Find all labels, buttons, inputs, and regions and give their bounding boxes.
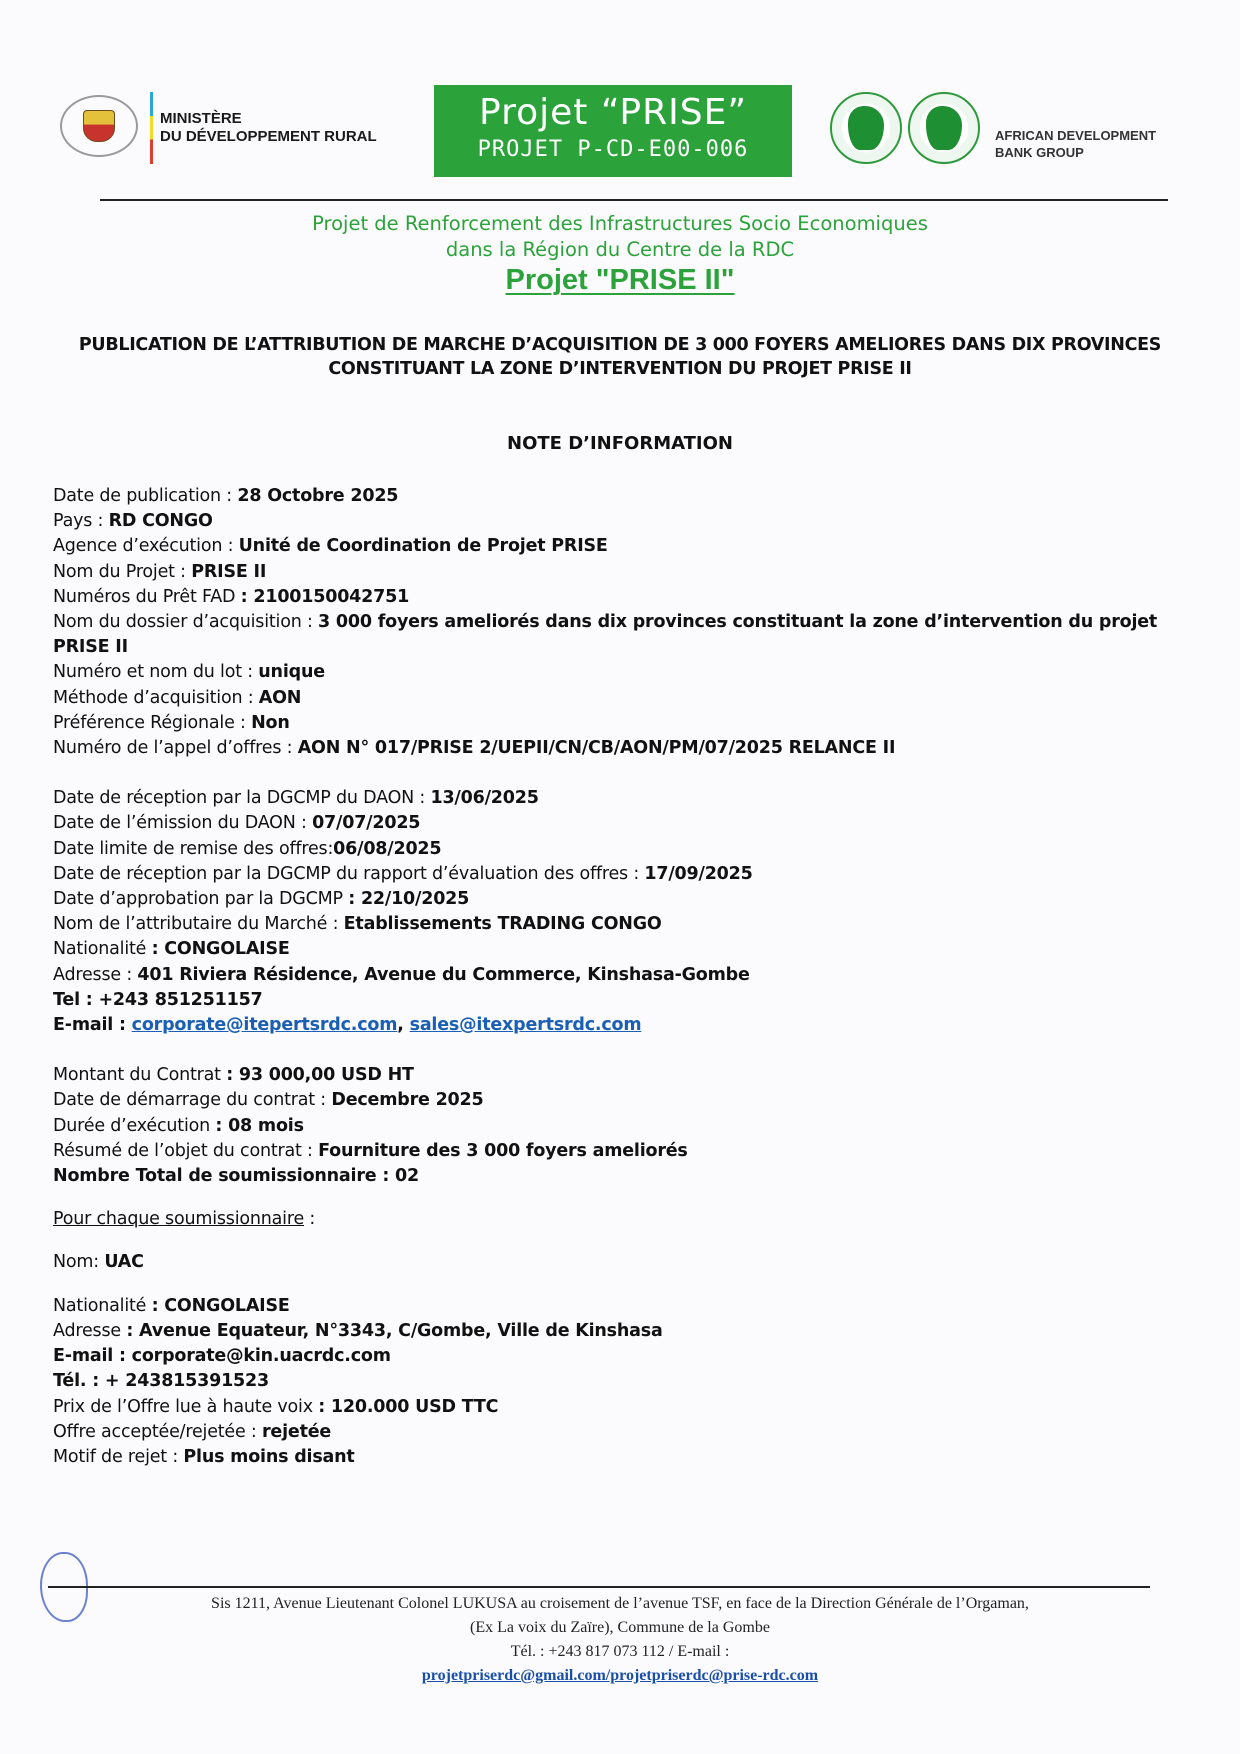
info-row: Nom du Projet : PRISE II — [53, 560, 1183, 585]
field-label: Durée d’exécution — [53, 1116, 215, 1136]
information-fields: Date de publication : 28 Octobre 2025Pay… — [53, 484, 1183, 1470]
africa-map-icon — [848, 106, 884, 150]
africa-map-icon — [926, 106, 962, 150]
field-value: : 2100150042751 — [241, 587, 409, 607]
email-link-sales[interactable]: sales@itexpertsrdc.com — [410, 1015, 642, 1035]
field-label: Adresse : — [53, 965, 137, 985]
info-row: Agence d’exécution : Unité de Coordinati… — [53, 534, 1183, 559]
field-value: 06/08/2025 — [333, 839, 441, 859]
dates-section: Date de réception par la DGCMP du DAON :… — [53, 786, 1183, 988]
bidder-tel: Tél. : + 243815391523 — [53, 1369, 1183, 1394]
contract-row: Montant du Contrat : 93 000,00 USD HT — [53, 1063, 1183, 1088]
note-title: NOTE D’INFORMATION — [0, 433, 1240, 454]
date-row: Date limite de remise des offres:06/08/2… — [53, 837, 1183, 862]
field-value: Unité de Coordination de Projet PRISE — [239, 536, 608, 556]
field-value: Fourniture des 3 000 foyers ameliorés — [318, 1141, 688, 1161]
drc-government-seal — [60, 95, 138, 157]
bidder-nationality: Nationalité : CONGOLAISE — [53, 1294, 1183, 1319]
ministry-name: MINISTÈRE DU DÉVELOPPEMENT RURAL — [160, 110, 377, 146]
contract-row: Durée d’exécution : 08 mois — [53, 1114, 1183, 1139]
field-value: : 22/10/2025 — [348, 889, 469, 909]
field-value: Non — [251, 713, 290, 733]
info-row: Numéros du Prêt FAD : 2100150042751 — [53, 585, 1183, 610]
field-value: : 93 000,00 USD HT — [226, 1065, 414, 1085]
field-label: Agence d’exécution : — [53, 536, 239, 556]
field-label: Date d’approbation par la DGCMP — [53, 889, 348, 909]
footer-divider — [48, 1586, 1150, 1588]
date-row: Adresse : 401 Riviera Résidence, Avenue … — [53, 963, 1183, 988]
coat-of-arms-icon — [83, 110, 115, 142]
general-info-section: Date de publication : 28 Octobre 2025Pay… — [53, 484, 1183, 761]
field-label: Montant du Contrat — [53, 1065, 226, 1085]
total-bidders: Nombre Total de soumissionnaire : 02 — [53, 1164, 1183, 1189]
field-label: Date de réception par la DGCMP du rappor… — [53, 864, 644, 884]
date-row: Date d’approbation par la DGCMP : 22/10/… — [53, 887, 1183, 912]
date-row: Nom de l’attributaire du Marché : Etabli… — [53, 912, 1183, 937]
awardee-tel: Tel : +243 851251157 — [53, 988, 1183, 1013]
field-label: Date de réception par la DGCMP du DAON : — [53, 788, 430, 808]
field-label: Date de démarrage du contrat : — [53, 1090, 331, 1110]
field-label: Date de l’émission du DAON : — [53, 813, 312, 833]
field-value: Decembre 2025 — [331, 1090, 483, 1110]
date-row: Date de réception par la DGCMP du DAON :… — [53, 786, 1183, 811]
date-row: Nationalité : CONGOLAISE — [53, 937, 1183, 962]
field-value: 28 Octobre 2025 — [237, 486, 398, 506]
field-label: Numéros du Prêt FAD — [53, 587, 241, 607]
header-divider — [100, 199, 1168, 201]
field-value: AON N° 017/PRISE 2/UEPII/CN/CB/AON/PM/07… — [298, 738, 896, 758]
project-fullname-line1: Projet de Renforcement des Infrastructur… — [0, 211, 1240, 237]
field-label: Préférence Régionale : — [53, 713, 251, 733]
field-label: Numéro et nom du lot : — [53, 662, 258, 682]
field-value: 13/06/2025 — [430, 788, 538, 808]
bidder-email: E-mail : corporate@kin.uacrdc.com — [53, 1344, 1183, 1369]
info-row: Date de publication : 28 Octobre 2025 — [53, 484, 1183, 509]
info-row: Méthode d’acquisition : AON — [53, 686, 1183, 711]
bidder-address: Adresse : Avenue Equateur, N°3343, C/Gom… — [53, 1319, 1183, 1344]
field-value: : 08 mois — [215, 1116, 303, 1136]
field-label: Date limite de remise des offres: — [53, 839, 333, 859]
bidder-name: Nom: UAC — [53, 1250, 1183, 1275]
info-row: Numéro et nom du lot : unique — [53, 660, 1183, 685]
field-label: Date de publication : — [53, 486, 237, 506]
awardee-email: E-mail : corporate@itepertsrdc.com, sale… — [53, 1013, 1183, 1038]
field-value: PRISE II — [191, 562, 266, 582]
info-row: Numéro de l’appel d’offres : AON N° 017/… — [53, 736, 1183, 761]
flag-color-bar — [150, 92, 153, 164]
field-value: 401 Riviera Résidence, Avenue du Commerc… — [137, 965, 749, 985]
prise-project-logo: Projet “PRISE” PROJET P-CD-E00-006 — [434, 85, 792, 177]
field-value: 17/09/2025 — [644, 864, 752, 884]
publication-title: PUBLICATION DE L’ATTRIBUTION DE MARCHE D… — [60, 333, 1180, 381]
field-value: AON — [259, 688, 301, 708]
field-label: Résumé de l’objet du contrat : — [53, 1141, 318, 1161]
contract-row: Date de démarrage du contrat : Decembre … — [53, 1088, 1183, 1113]
footer-address: Sis 1211, Avenue Lieutenant Colonel LUKU… — [40, 1592, 1200, 1688]
field-label: Nationalité — [53, 939, 152, 959]
field-value: : CONGOLAISE — [152, 939, 290, 959]
bidder-price: Prix de l’Offre lue à haute voix : 120.0… — [53, 1395, 1183, 1420]
info-row: Pays : RD CONGO — [53, 509, 1183, 534]
field-label: Nom du Projet : — [53, 562, 191, 582]
contract-section: Montant du Contrat : 93 000,00 USD HTDat… — [53, 1063, 1183, 1164]
field-value: Etablissements TRADING CONGO — [344, 914, 662, 934]
project-fullname-line2: dans la Région du Centre de la RDC — [0, 237, 1240, 263]
contract-row: Résumé de l’objet du contrat : Fournitur… — [53, 1139, 1183, 1164]
field-label: Nom du dossier d’acquisition : — [53, 612, 318, 632]
bidders-heading: Pour chaque soumissionnaire : — [53, 1207, 1183, 1232]
date-row: Date de l’émission du DAON : 07/07/2025 — [53, 811, 1183, 836]
info-row: Préférence Régionale : Non — [53, 711, 1183, 736]
bidder-reject-reason: Motif de rejet : Plus moins disant — [53, 1445, 1183, 1470]
field-value: 07/07/2025 — [312, 813, 420, 833]
email-link-corporate[interactable]: corporate@itepertsrdc.com — [132, 1015, 398, 1035]
field-value: unique — [258, 662, 325, 682]
date-row: Date de réception par la DGCMP du rappor… — [53, 862, 1183, 887]
footer-email-link[interactable]: projetpriserdc@gmail.com/projetpriserdc@… — [422, 1667, 818, 1684]
field-label: Numéro de l’appel d’offres : — [53, 738, 298, 758]
field-label: Méthode d’acquisition : — [53, 688, 259, 708]
bidder-status: Offre acceptée/rejetée : rejetée — [53, 1420, 1183, 1445]
afdb-bank-logo — [830, 92, 902, 164]
field-label: Nom de l’attributaire du Marché : — [53, 914, 344, 934]
project-name-heading: Projet "PRISE II" — [0, 263, 1240, 297]
field-label: Pays : — [53, 511, 109, 531]
afdb-group-name: AFRICAN DEVELOPMENT BANK GROUP — [995, 127, 1156, 161]
afdb-fund-logo — [908, 92, 980, 164]
field-value: RD CONGO — [109, 511, 213, 531]
info-row: Nom du dossier d’acquisition : 3 000 foy… — [53, 610, 1183, 660]
